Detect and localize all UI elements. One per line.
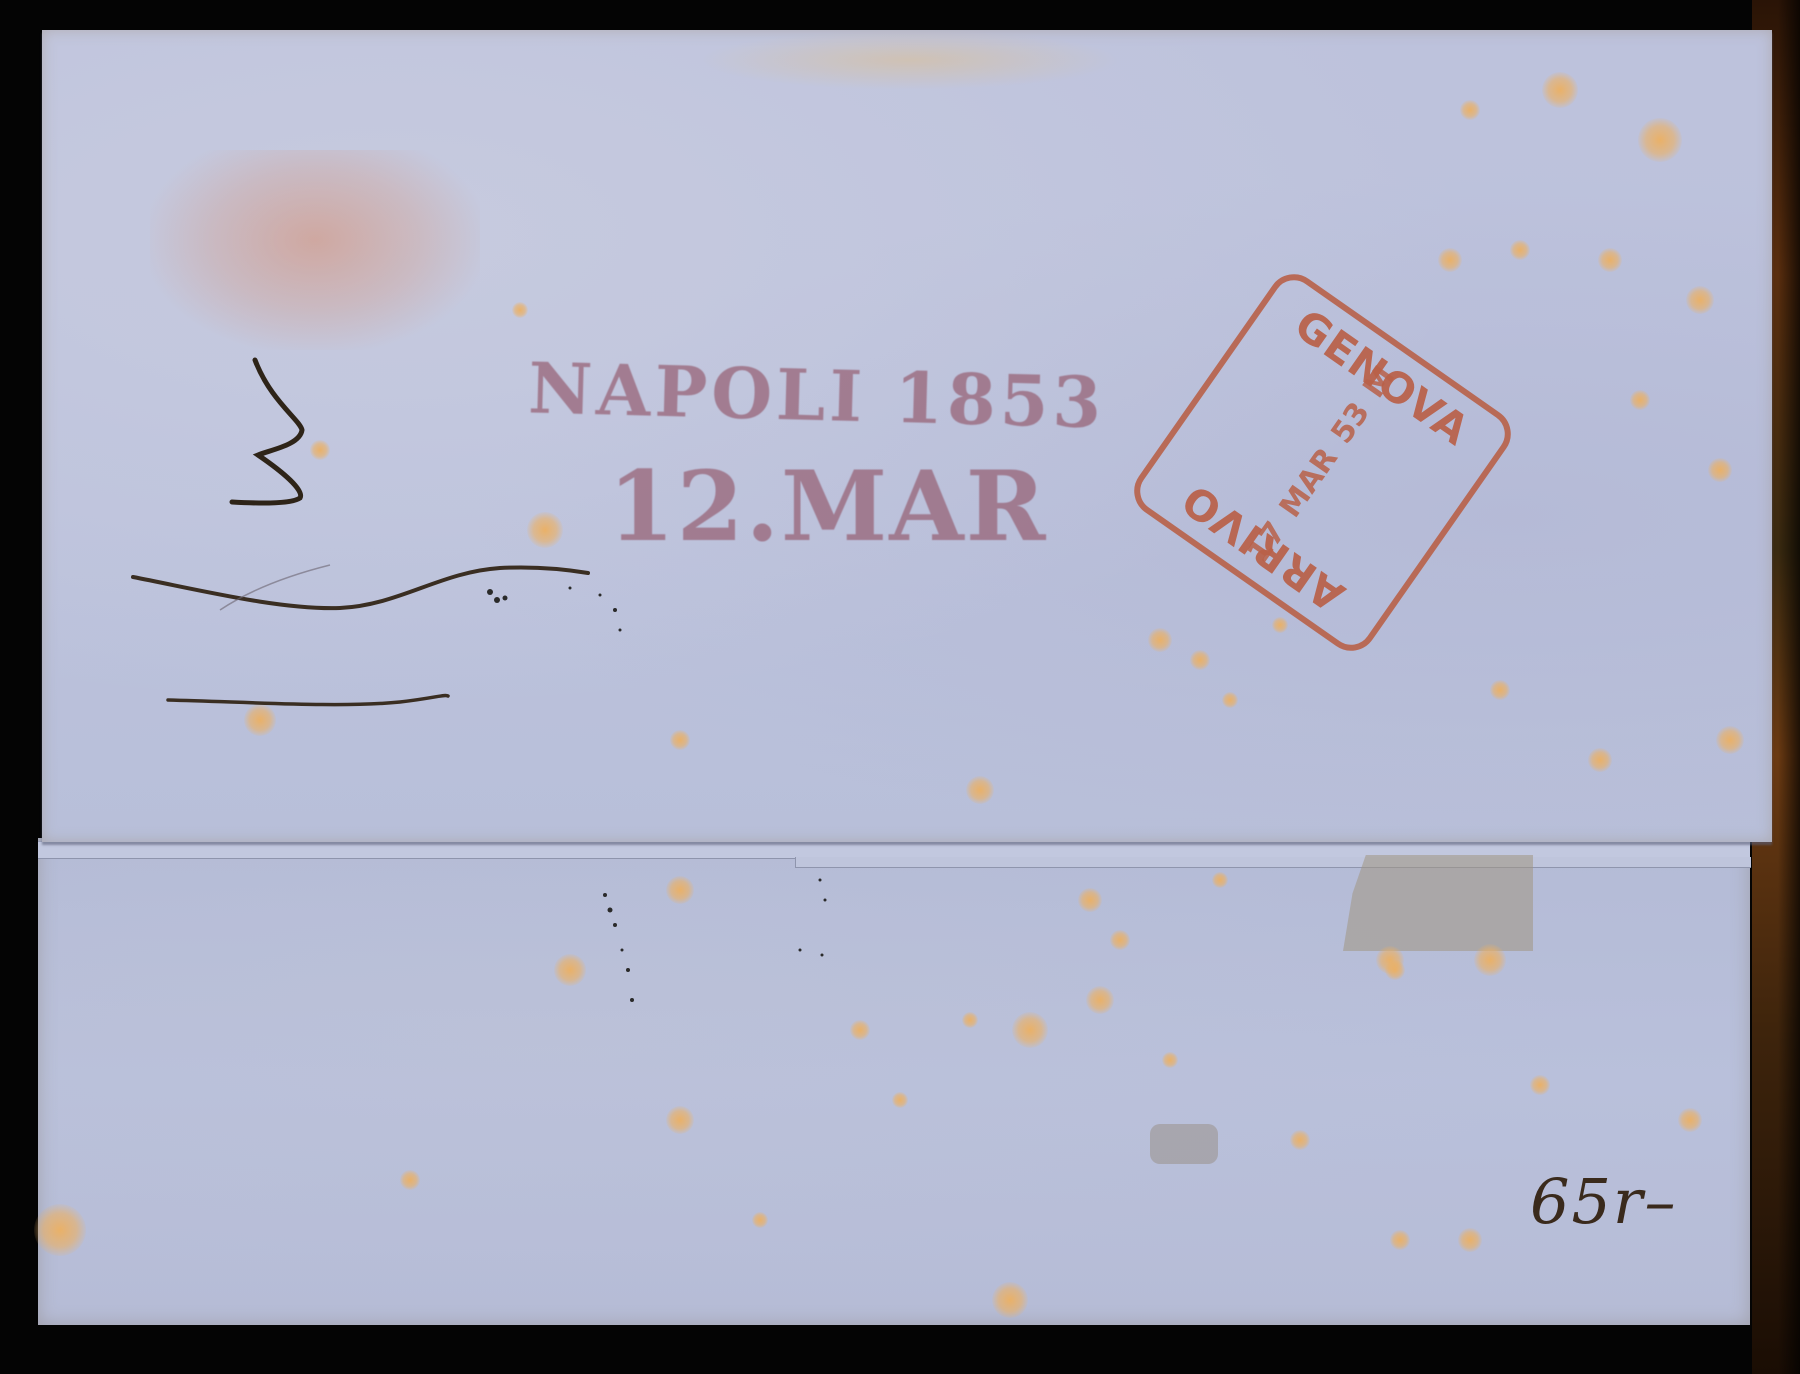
foxing-spot (666, 1106, 694, 1134)
foxing-spot (1588, 748, 1612, 772)
manuscript-price-note: 65r– (1530, 1165, 1678, 1238)
foxing-spot (670, 730, 690, 750)
foxing-spot (892, 1092, 908, 1108)
foxing-spot (1190, 650, 1210, 670)
foxing-spot (1542, 72, 1578, 108)
genova-year: 53 (1324, 396, 1377, 450)
foxing-spot (1598, 248, 1622, 272)
foxing-spot (1438, 248, 1462, 272)
foxing-spot (1686, 286, 1714, 314)
napoli-postmark-date: 12.MAR (608, 450, 1048, 563)
foxing-spot (1490, 680, 1510, 700)
foxing-spot (1510, 240, 1530, 260)
foxing-spot (1012, 1012, 1048, 1048)
grey-paper-patch (1343, 855, 1533, 951)
foxing-spot (34, 1204, 86, 1256)
background-shadow (1778, 0, 1800, 1374)
foxing-spot (666, 876, 694, 904)
foxing-spot (1078, 888, 1102, 912)
genova-time: M (1356, 360, 1402, 405)
foxing-spot (400, 1170, 420, 1190)
napoli-postmark-city: NAPOLI 1853 (476, 345, 1158, 446)
foxing-spot (1638, 118, 1682, 162)
foxing-spot (1460, 100, 1480, 120)
foxing-spot (554, 954, 586, 986)
foxing-spot (1678, 1108, 1702, 1132)
foxing-spot (752, 1212, 768, 1228)
fold-edge-inner (795, 857, 1751, 868)
foxing-spot (850, 1020, 870, 1040)
foxing-spot (1716, 726, 1744, 754)
foxing-spot (1148, 628, 1172, 652)
foxing-spot (1290, 1130, 1310, 1150)
letter-scene: NAPOLI 1853 12.MAR GENOVA 17 MAR 53 M AR… (0, 0, 1800, 1374)
foxing-spot (512, 302, 528, 318)
foxing-spot (244, 704, 276, 736)
foxing-spot (1162, 1052, 1178, 1068)
grey-paper-patch-small (1150, 1124, 1218, 1164)
foxing-spot (1530, 1075, 1550, 1095)
foxing-spot (1390, 1230, 1410, 1250)
top-edge-stain (700, 30, 1120, 90)
foxing-spot (1272, 617, 1288, 633)
napoli-postmark: NAPOLI 1853 12.MAR (478, 345, 1158, 565)
foxing-spot (1212, 872, 1228, 888)
foxing-spot (310, 440, 330, 460)
rust-stain (150, 150, 480, 350)
foxing-spot (992, 1282, 1028, 1318)
genova-month: MAR (1272, 441, 1344, 523)
foxing-spot (962, 1012, 978, 1028)
foxing-spot (1708, 458, 1732, 482)
foxing-spot (1222, 692, 1238, 708)
foxing-spot (1474, 944, 1506, 976)
foxing-spot (1385, 960, 1405, 980)
foxing-spot (1086, 986, 1114, 1014)
foxing-spot (1110, 930, 1130, 950)
foxing-spot (1630, 390, 1650, 410)
foxing-spot (966, 776, 994, 804)
foxing-spot (1458, 1228, 1482, 1252)
